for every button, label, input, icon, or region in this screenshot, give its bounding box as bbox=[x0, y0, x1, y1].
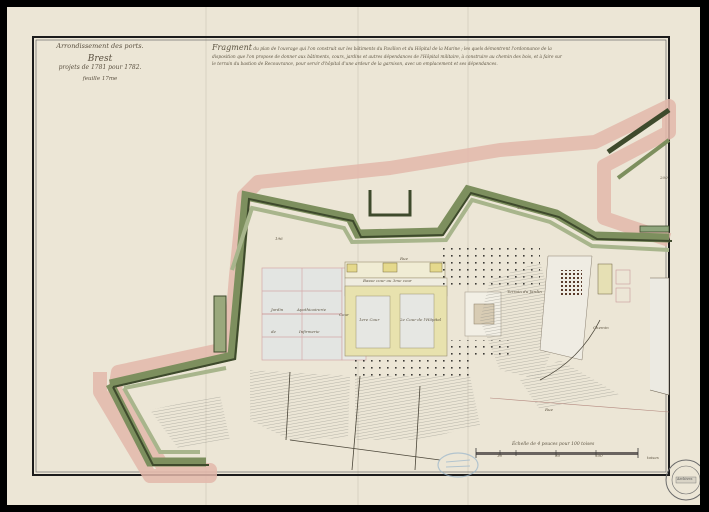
label-courtyard: Basse cour ou 3me cour bbox=[363, 278, 412, 283]
label-bastion-196: 196 bbox=[275, 236, 283, 241]
label-bastion-198: 198 bbox=[517, 205, 525, 210]
cartouche-project-years: projets de 1781 pour 1782. bbox=[40, 64, 160, 71]
title-text: du plan de l'ouvrage qui l'on construit … bbox=[212, 47, 562, 67]
title-heading: Fragment bbox=[212, 43, 252, 52]
scale-caption: Échelle de 4 pouces pour 100 toises bbox=[512, 442, 594, 447]
label-hill: Terrain du Jardin bbox=[507, 289, 542, 294]
label-garden-1: Jardin bbox=[271, 307, 283, 312]
label-road: Chemin bbox=[593, 325, 609, 330]
label-garden-3: de bbox=[271, 329, 276, 334]
label-lower-road: Rue bbox=[545, 407, 553, 412]
scale-tick-10: 10 bbox=[497, 453, 502, 458]
label-garden-4: Infirmerie bbox=[299, 329, 319, 334]
blue-stamp bbox=[438, 453, 478, 477]
title-block: Fragment du plan de l'ouvrage qui l'on c… bbox=[212, 44, 567, 69]
cartouche-city: Brest bbox=[40, 54, 160, 64]
archive-stamp-label: Archives bbox=[677, 477, 692, 481]
cartouche-sheet-number: feuille 17me bbox=[40, 76, 160, 82]
label-court-1: 1ere Cour bbox=[359, 317, 379, 322]
scale-tick-50: 50 bbox=[555, 453, 560, 458]
label-rue: Rue bbox=[400, 256, 408, 261]
label-garden-2: Apothicairerie bbox=[297, 307, 326, 312]
label-side-cour: Cour bbox=[339, 312, 349, 317]
cartouche: Arrondissement des ports. Brest projets … bbox=[40, 42, 160, 82]
map-sheet: Arrondissement des ports. Brest projets … bbox=[7, 7, 700, 505]
scale-end-label: toises bbox=[647, 455, 659, 460]
label-bastion-200: 200 bbox=[660, 175, 668, 180]
cartouche-line1: Arrondissement des ports. bbox=[40, 42, 160, 50]
label-court-2: 2e Cour de l'Hôpital bbox=[400, 317, 441, 322]
scale-tick-100: 100 bbox=[595, 453, 603, 458]
